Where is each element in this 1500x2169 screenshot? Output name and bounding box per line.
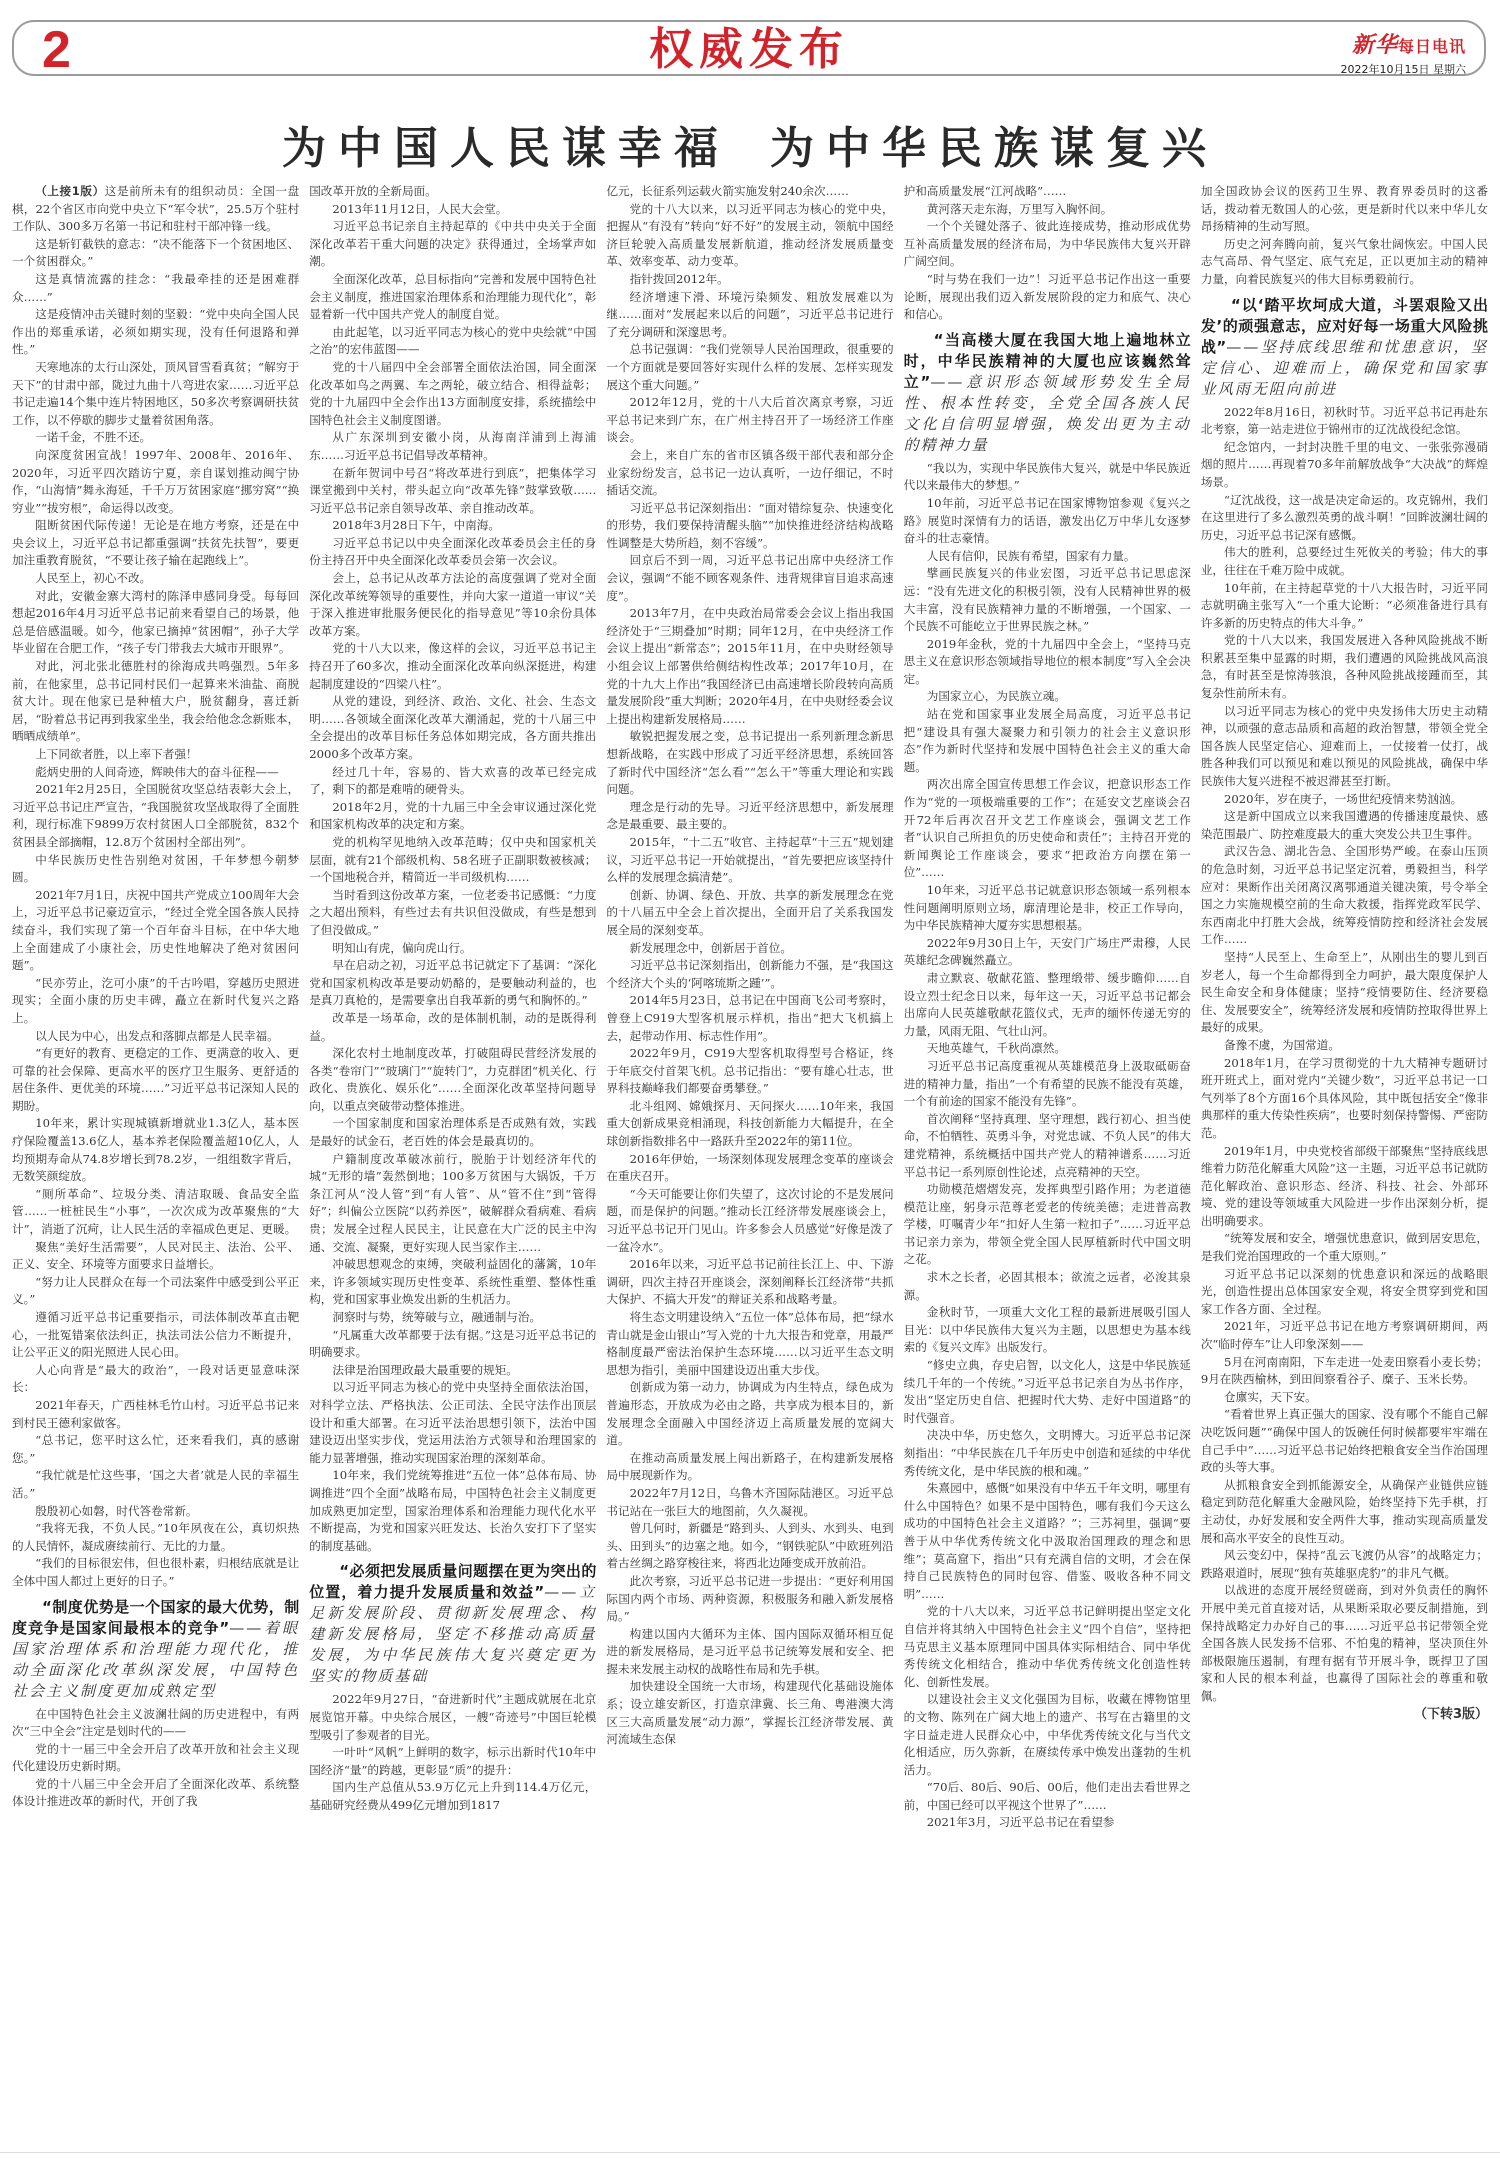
article-paragraph: 风云变幻中，保持“乱云飞渡仍从容”的战略定力；跌路艰道时，展现“独有英雄驱虎豹”… [1201,1547,1488,1582]
paragraph-text: 2019年1月，中央党校省部级干部聚焦“坚持底线思维着力防范化解重大风险”这一主… [1201,1144,1488,1228]
article-paragraph: 2022年8月16日，初秋时节。习近平总书记再赴东北考察，第一站走进位于锦州市的… [1201,404,1488,439]
article-paragraph: 习近平总书记亲自主持起草的《中共中央关于全面深化改革若干重大问题的决定》获得通过… [309,218,596,271]
article-paragraph: “我们的目标很宏伟，但也很朴素，归根结底就是让全体中国人都过上更好的日子。” [12,1555,299,1590]
article-column-4: 护和高质量发展“江河战略”……黄河落天走东海，万里写入胸怀间。一个个关键处落子、… [904,183,1191,2128]
article-paragraph: 阻断贫困代际传递！无论是在地方考察，还是在中央会议上，习近平总书记都重强调“扶贫… [12,517,299,570]
paragraph-text: 会上，来自广东的省市区镇各级干部代表和部分企业家纷纷发言，总书记一边认真听，一边… [606,448,893,497]
paragraph-text: 阻断贫困代际传递！无论是在地方考察，还是在中央会议上，习近平总书记都重强调“扶贫… [12,518,299,567]
article-paragraph: 为国家立心，为民族立魂。 [904,688,1191,706]
article-paragraph: 习近平总书记以深刻的忧患意识和深远的战略眼光，创造性提出总体国家安全观，将安全贯… [1201,1266,1488,1319]
paragraph-text: 会上，总书记从改革方法论的高度强调了党对全面深化改革统筹领导的重要性，并向大家一… [309,571,596,638]
brand-sub: 每日电讯 [1398,37,1466,56]
paragraph-text: 2018年3月28日下午，中南海。 [332,518,500,532]
brand-main: 新华 [1352,32,1398,58]
article-paragraph: 站在党和国家事业发展全局高度，习近平总书记把“建设具有强大凝聚力和引领力的社会主… [904,706,1191,776]
article-paragraph: 创新成为第一动力，协调成为内生特点，绿色成为普遍形态，开放成为必由之路，共享成为… [606,1379,893,1449]
article-paragraph: “时与势在我们一边”！习近平总书记作出这一重要论断，展现出我们迈入新发展阶段的定… [904,271,1191,324]
article-paragraph: 坚持“人民至上、生命至上”，从刚出生的婴儿到百岁老人，每一个生命都得到全力呵护，… [1201,949,1488,1037]
paragraph-text: “我们的目标很宏伟，但也很朴素，归根结底就是让全体中国人都过上更好的日子。” [12,1556,299,1588]
article-paragraph: “民亦劳止，汔可小康”的千古吟唱，穿越历史照进现实；全面小康的历史丰碑，矗立在新… [12,975,299,1028]
article-paragraph: 法律是治国理政最大最重要的规矩。 [309,1362,596,1380]
paragraph-text: “有更好的教育、更稳定的工作、更满意的收入、更可靠的社会保障、更高水平的医疗卫生… [12,1046,299,1113]
article-paragraph: 历史之河奔腾向前，复兴气象壮阔恢宏。中国人民志气高昂、骨气坚定、底气充足，正以更… [1201,236,1488,289]
paragraph-text: 对此，河北张北德胜村的徐海成共鸣强烈。5年多前，在他家里，总书记同村民们一起算来… [12,659,299,743]
paragraph-text: 党的十八大以来，像这样的会议，习近平总书记主持召开了60多次，推动全面深化改革向… [309,641,596,690]
article-paragraph: 2022年7月12日，乌鲁木齐国际陆港区。习近平总书记站在一张巨大的地图前，久久… [606,1485,893,1520]
paragraph-text: “努力让人民群众在每一个司法案件中感受到公平正义。” [12,1275,299,1307]
article-paragraph: 2015年，“十二五”收官、主持起草“十三五”规划建议，习近平总书记一开始就提出… [606,834,893,887]
paragraph-text: 明知山有虎，偏向虎山行。 [332,941,471,955]
paragraph-text: 2019年金秋，党的十九届四中全会上，“坚持马克思主义在意识形态领域指导地位的根… [904,637,1191,686]
paragraph-text: 擘画民族复兴的伟业宏图，习近平总书记思虑深远：“没有先进文化的积极引领，没有人民… [904,566,1191,633]
paragraph-text: 2022年7月12日，乌鲁木齐国际陆港区。习近平总书记站在一张巨大的地图前，久久… [606,1486,893,1518]
article-paragraph: 中华民族历史性告别绝对贫困，千年梦想今朝梦圆。 [12,852,299,887]
paragraph-text: 向深度贫困宣战！1997年、2008年、2016年、2020年，习近平四次踏访宁… [12,448,299,515]
paragraph-text: 从广东深圳到安徽小岗，从海南洋浦到上海浦东……习近平总书记倡导改革精神。 [309,430,596,462]
paragraph-text: 国改革开放的全新局面。 [309,184,437,198]
paragraph-text: 仓廪实，天下安。 [1224,1390,1317,1404]
article-columns: （上接1版）这是前所未有的组织动员：全国一盘棋，22个省区市向党中央立下“军令状… [12,183,1488,2128]
paragraph-text: 10年来，习近平总书记就意识形态领域一系列根本性问题阐明原则立场，廓清理论是非，… [904,883,1191,932]
article-paragraph: 党的十八大以来，像这样的会议，习近平总书记主持召开了60多次，推动全面深化改革向… [309,640,596,693]
paragraph-text: 户籍制度改革破冰前行，脱胎于计划经济年代的城“无形的墙”轰然倒地；100多万贫困… [309,1152,596,1254]
paragraph-text: 以建设社会主义文化强国为目标，收藏在博物馆里的文物、陈列在广阔大地上的遗产、书写… [904,1692,1191,1776]
article-paragraph: 党的十八届四中全会部署全面依法治国，同全面深化改革如鸟之两翼、车之两轮，破立结合… [309,359,596,429]
section-subheading: “制度优势是一个国家的最大优势，制度竞争是国家间最根本的竞争”——着眼国家治理体… [12,1597,299,1702]
article-paragraph: 向深度贫困宣战！1997年、2008年、2016年、2020年，习近平四次踏访宁… [12,447,299,517]
article-paragraph: 纪念馆内，一封封决胜千里的电文、一张张弥漫硝烟的照片……再现着70多年前解放战争… [1201,439,1488,492]
paragraph-text: 功勋模范熠熠发亮，发挥典型引路作用；为老道德模范让座，躬身示范尊老爱老的传统美德… [904,1182,1191,1266]
paragraph-text: 历史之河奔腾向前，复兴气象壮阔恢宏。中国人民志气高昂、骨气坚定、底气充足，正以更… [1201,237,1488,286]
paragraph-text: 习近平总书记深刻指出，创新能力不强，是“我国这个经济大个头的‘阿喀琉斯之踵’”。 [606,958,893,990]
paragraph-text: 习近平总书记以中央全面深化改革委员会主任的身份主持召开中央全面深化改革委员会第一… [309,536,596,568]
article-paragraph: 人民有信仰，民族有希望，国家有力量。 [904,548,1191,566]
article-paragraph: 洞察时与势，统筹破与立，融通制与治。 [309,1309,596,1327]
article-paragraph: 2022年9月，C919大型客机取得型号合格证，终于年底交付首架飞机。总书记指出… [606,1045,893,1098]
paragraph-text: 习近平总书记高度重视从英雄模范身上汲取砥砺奋进的精神力量，指出“一个有希望的民族… [904,1059,1191,1108]
paragraph-text: 2021年3月，习近平总书记在看望参 [927,1815,1115,1829]
paragraph-text: 在中国特色社会主义波澜壮阔的历史进程中，有两次“三中全会”注定是划时代的—— [12,1707,299,1739]
article-paragraph: 经济增速下滑、环境污染频发、粗放发展难以为继……面对“发展起来以后的问题”，习近… [606,289,893,342]
article-paragraph: 这是疫情冲击关键时刻的坚毅：“党中央向全国人民作出的郑重承诺，必须如期实现，没有… [12,306,299,359]
paragraph-text: 一诺千金，不胜不还。 [35,430,151,444]
paragraph-text: 党的十八大以来，习近平总书记鲜明提出坚定文化自信并将其纳入中国特色社会主义“四个… [904,1604,1191,1688]
paragraph-text: 人民有信仰，民族有希望，国家有力量。 [927,549,1136,563]
article-paragraph: 加全国政协会议的医药卫生界、教育界委员时的这番话，拨动着无数国人的心弦，更是新时… [1201,183,1488,236]
article-paragraph: 2021年，习近平总书记在地方考察调研期间，两次“临时停车”让人印象深刻—— [1201,1318,1488,1353]
paragraph-text: “看着世界上真正强大的国家、没有哪个不能自己解决吃饭问题”“确保中国人的饭碗任何… [1201,1407,1488,1474]
paragraph-text: 一个国家制度和国家治理体系是否成熟有效，实践是最好的试金石，老百姓的体会是最真切… [309,1116,596,1148]
paragraph-text: 从党的建设，到经济、政治、文化、社会、生态文明……各领域全面深化改革大潮涌起，党… [309,694,596,761]
article-paragraph: 冲破思想观念的束缚，突破利益固化的藩篱，10年来，许多领域实现历史性变革、系统性… [309,1256,596,1309]
paragraph-text: 10年前，在主持起草党的十八大报告时，习近平同志就明确主张写入“一个重大论断：“… [1201,581,1488,630]
article-paragraph: “我以为，实现中华民族伟大复兴，就是中华民族近代以来最伟大的梦想。” [904,460,1191,495]
article-paragraph: 经过几十年，容易的、皆大欢喜的改革已经完成了，剩下的都是难啃的硬骨头。 [309,764,596,799]
paragraph-text: 金秋时节，一项重大文化工程的最新进展吸引国人目光：以中华民族伟大复兴为主题，以思… [904,1305,1191,1354]
article-paragraph: 10年来，习近平总书记就意识形态领域一系列根本性问题阐明原则立场，廓清理论是非，… [904,882,1191,935]
paragraph-text: 改革是一场革命，改的是体制机制，动的是既得利益。 [309,1011,596,1043]
paragraph-text: “我以为，实现中华民族伟大复兴，就是中华民族近代以来最伟大的梦想。” [904,461,1191,493]
article-paragraph: 以习近平同志为核心的党中央发扬伟大历史主动精神，以顽强的意志品质和高超的政治智慧… [1201,703,1488,791]
article-paragraph: 党的机构罕见地纳入改革范畴；仅中央和国家机关层面，就有21个部级机构、58名班子… [309,834,596,887]
article-paragraph: 早在启动之初，习近平总书记就定下了基调：“深化党和国家机构改革是要动奶酪的，是要… [309,957,596,1010]
article-paragraph: 彪炳史册的人间奇迹，辉映伟大的奋斗征程—— [12,764,299,782]
paragraph-text: 党的机构罕见地纳入改革范畴；仅中央和国家机关层面，就有21个部级机构、58名班子… [309,835,596,884]
paragraph-text: 一叶叶“风帆”上鲜明的数字，标示出新时代10年中国经济“量”的跨越，更彰显“质”… [309,1745,596,1777]
paragraph-text: 以人民为中心，出发点和落脚点都是人民幸福。 [35,1029,278,1043]
paragraph-text: “我忙就是忙这些事，‘国之大者’就是人民的幸福生活。” [12,1468,299,1500]
article-paragraph: 改革是一场革命，改的是体制机制，动的是既得利益。 [309,1010,596,1045]
article-paragraph: 以战进的态度开展经贸磋商，到对外负责任的胸怀开展中美元首直接对话，从果断采取必要… [1201,1582,1488,1705]
paragraph-text: 加快建设全国统一大市场，构建现代化基础设施体系；设立雄安新区，打造京津冀、长三角… [606,1679,893,1746]
section-title: 权威发布 [14,26,1484,74]
article-paragraph: 理念是行动的先导。习近平经济思想中，新发展理念是最重要、最主要的。 [606,799,893,834]
article-paragraph: 2013年11月12日，人民大会堂。 [309,201,596,219]
paragraph-text: 决决中华，历史悠久，文明博大。习近平总书记深刻指出：“中华民族在几千年历史中创造… [904,1428,1191,1477]
article-paragraph: 仓廪实，天下安。 [1201,1389,1488,1407]
article-paragraph: 一诺千金，不胜不还。 [12,429,299,447]
paragraph-text: 习近平总书记深刻指出：“面对错综复杂、快速变化的形势，我们要保持清醒头脑”“加快… [606,501,893,550]
paragraph-text: 新发展理念中，创新居于首位。 [630,941,792,955]
footer-divider [0,2152,1500,2153]
article-paragraph: 2022年9月30日上午，天安门广场庄严肃穆，人民英雄纪念碑巍然矗立。 [904,935,1191,970]
paragraph-text: 两次出席全国宣传思想工作会议，把意识形态工作作为“党的一项极端重要的工作”；在延… [904,777,1191,879]
article-paragraph: 2021年7月1日，庆祝中国共产党成立100周年大会上，习近平总书记豪迈宣示，“… [12,887,299,975]
article-paragraph: 明知山有虎，偏向虎山行。 [309,940,596,958]
paragraph-text: 人民至上，初心不改。 [35,571,151,585]
article-paragraph: 5月在河南南阳，下车走进一处麦田察看小麦长势；9月在陕西榆林，到田间察看谷子、糜… [1201,1354,1488,1389]
paragraph-text: 将生态文明建设纳入“五位一体”总体布局，把“绿水青山就是金山银山”写入党的十九大… [606,1310,893,1377]
paragraph-text: 2012年12月，党的十八大后首次离京考察，习近平总书记来到广东，在广州主持召开… [606,395,893,444]
article-paragraph: 2016年伊始，一场深刻体现发展理念变革的座谈会在重庆召开。 [606,1151,893,1186]
paragraph-text: 党的十八大以来，以习近平同志为核心的党中央，把握从“有没有”转向“好不好”的发展… [606,202,893,269]
headline-part-2: 为中华民族谋复兴 [770,123,1218,174]
paragraph-text: 对此，安徽金寨大湾村的陈泽申感同身受。每每回想起2016年4月习近平总书记前来看… [12,589,299,656]
paragraph-text: 党的十八届四中全会部署全面依法治国，同全面深化改革如鸟之两翼、车之两轮，破立结合… [309,360,596,427]
article-paragraph: 2014年5月23日，总书记在中国商飞公司考察时，曾登上C919大型客机展示样机… [606,992,893,1045]
paragraph-text: 在新年贺词中号召“将改革进行到底”，把集体学习课堂搬到中关村，带头起立向“改革先… [309,466,596,515]
article-paragraph: 2020年，岁在庚子，一场世纪疫情来势汹汹。 [1201,791,1488,809]
paragraph-text: 2016年以来，习近平总书记前往长江上、中、下游调研，四次主持召开座谈会，深刻阐… [606,1257,893,1306]
paragraph-text: 肃立默哀、敬献花篮、整理缎带、缓步瞻仰……自设立烈士纪念日以来，每年这一天，习近… [904,971,1191,1038]
article-paragraph: 10年来，我们党统筹推进“五位一体”总体布局、协调推进“四个全面”战略布局，中国… [309,1467,596,1555]
subheading-deck: ——坚持底线思维和忧患意识，坚定信心、迎难而上，确保党和国家事业风雨无阻向前进 [1201,338,1488,398]
article-column-2: 国改革开放的全新局面。2013年11月12日，人民大会堂。习近平总书记亲自主持起… [309,183,596,2128]
article-paragraph: 天寒地冻的太行山深处，顶风冒雪看真贫；“解穷于天下”的甘肃中部，陇过九曲十八弯进… [12,359,299,429]
article-paragraph: “厕所革命”、垃圾分类、清洁取暖、食品安全监管……一桩桩民生“小事”，一次次成为… [12,1186,299,1239]
newspaper-brand: 新华每日电讯 2022年10月15日 星期六 [1341,28,1467,77]
article-paragraph: 2019年金秋，党的十九届四中全会上，“坚持马克思主义在意识形态领域指导地位的根… [904,636,1191,689]
article-paragraph: 2021年2月25日，全国脱贫攻坚总结表彰大会上，习近平总书记庄严宣告，“我国脱… [12,781,299,851]
article-paragraph: 武汉告急、湖北告急、全国形势严峻。在泰山压顶的危急时刻，习近平总书记坚定沉着，勇… [1201,843,1488,949]
article-paragraph: 从广东深圳到安徽小岗，从海南洋浦到上海浦东……习近平总书记倡导改革精神。 [309,429,596,464]
article-paragraph: “我忙就是忙这些事，‘国之大者’就是人民的幸福生活。” [12,1467,299,1502]
paragraph-text: 亿元，长征系列运载火箭实施发射240余次…… [606,184,848,198]
paragraph-text: 遵循习近平总书记重要指示，司法体制改革直击靶心，一批冤错案依法纠正，执法司法公信… [12,1310,299,1359]
article-paragraph: 肃立默哀、敬献花篮、整理缎带、缓步瞻仰……自设立烈士纪念日以来，每年这一天，习近… [904,970,1191,1040]
article-paragraph: 深化农村土地制度改革，打破阻碍民营经济发展的各类“卷帘门”“玻璃门”“旋转门”，… [309,1045,596,1115]
paragraph-text: 彪炳史册的人间奇迹，辉映伟大的奋斗征程—— [35,765,278,779]
paragraph-text: 2013年7月，在中央政治局常委会会议上指出我国经济处于“三期叠加”时期；同年1… [606,606,893,726]
article-paragraph: 2021年春天，广西桂林毛竹山村。习近平总书记来到村民王德利家做客。 [12,1397,299,1432]
paragraph-text: 这是真情流露的挂念：“我最牵挂的还是困难群众……” [12,272,299,304]
paragraph-text: 加全国政协会议的医药卫生界、教育界委员时的这番话，拨动着无数国人的心弦，更是新时… [1201,184,1488,233]
article-paragraph: 党的十八大以来，我国发展进入各种风险挑战不断积累甚至集中显露的时期，我们遭遇的风… [1201,632,1488,702]
article-paragraph: 一叶叶“风帆”上鲜明的数字，标示出新时代10年中国经济“量”的跨越，更彰显“质”… [309,1744,596,1779]
paragraph-text: 2018年2月，党的十九届三中全会审议通过深化党和国家机构改革的决定和方案。 [309,800,596,832]
paragraph-text: 武汉告急、湖北告急、全国形势严峻。在泰山压顶的危急时刻，习近平总书记坚定沉着，勇… [1201,844,1488,946]
section-subheading: “必须把发展质量问题摆在更为突出的位置，着力提升发展质量和效益”——立足新发展阶… [309,1561,596,1687]
article-paragraph: 由此起笔，以习近平同志为核心的党中央绘就“中国之治”的宏伟蓝图—— [309,324,596,359]
article-paragraph: “凡属重大改革都要于法有据。”这是习近平总书记的明确要求。 [309,1327,596,1362]
article-paragraph: 一个国家制度和国家治理体系是否成熟有效，实践是最好的试金石，老百姓的体会是最真切… [309,1115,596,1150]
article-paragraph: 这是真情流露的挂念：“我最牵挂的还是困难群众……” [12,271,299,306]
article-paragraph: 习近平总书记深刻指出，创新能力不强，是“我国这个经济大个头的‘阿喀琉斯之踵’”。 [606,957,893,992]
section-subheading: “以‘踏平坎坷成大道，斗罢艰险又出发’的顽强意志，应对好每一场重大风险挑战”——… [1201,295,1488,400]
paragraph-text: 全面深化改革，总目标指向“完善和发展中国特色社会主义制度，推进国家治理体系和治理… [309,272,596,321]
article-paragraph: 聚焦“美好生活需要”，人民对民主、法治、公平、正义、安全、环境等方面要求日益增长… [12,1239,299,1274]
article-paragraph: 全面深化改革，总目标指向“完善和发展中国特色社会主义制度，推进国家治理体系和治理… [309,271,596,324]
paragraph-text: 10年来，我们党统筹推进“五位一体”总体布局、协调推进“四个全面”战略布局，中国… [309,1468,596,1552]
paragraph-text: 总书记强调：“我们党领导人民治国理政，很重要的一个方面就是要回答好实现什么样的发… [606,342,893,391]
paragraph-text: 创新成为第一动力，协调成为内生特点，绿色成为普遍形态，开放成为必由之路，共享成为… [606,1380,893,1447]
article-paragraph: “总书记，您平时这么忙，还来看我们，真的感谢您。” [12,1432,299,1467]
article-paragraph: 2018年3月28日下午，中南海。 [309,517,596,535]
paragraph-text: 人心向背是“最大的政治”，一段对话更显意味深长： [12,1363,299,1395]
article-paragraph: 在中国特色社会主义波澜壮阔的历史进程中，有两次“三中全会”注定是划时代的—— [12,1706,299,1741]
paragraph-text: “辽沈战役，这一战是决定命运的。攻克锦州，我们在这里进行了多么激烈英勇的战斗啊！… [1201,493,1488,542]
article-column-1: （上接1版）这是前所未有的组织动员：全国一盘棋，22个省区市向党中央立下“军令状… [12,183,299,2128]
article-paragraph: 金秋时节，一项重大文化工程的最新进展吸引国人目光：以中华民族伟大复兴为主题，以思… [904,1304,1191,1357]
paragraph-text: 备豫不虞，为国常道。 [1224,1038,1340,1052]
article-paragraph: 2018年1月，在学习贯彻党的十九大精神专题研讨班开班式上，面对党内“关键少数”… [1201,1055,1488,1143]
paragraph-text: 习近平总书记以深刻的忧患意识和深远的战略眼光，创造性提出总体国家安全观，将安全贯… [1201,1267,1488,1316]
article-paragraph: 人心向背是“最大的政治”，一段对话更显意味深长： [12,1362,299,1397]
paragraph-text: 以战进的态度开展经贸磋商，到对外负责任的胸怀开展中美元首直接对话，从果断采取必要… [1201,1583,1488,1703]
paragraph-text: 敏锐把握发展之变，总书记提出一系列新理念新思想新战略，在实践中形成了习近平经济思… [606,729,893,796]
paragraph-text: “70后、80后、90后、00后，他们走出去看世界之前，中国已经可以平视这个世界… [904,1780,1191,1812]
paragraph-text: 2015年，“十二五”收官、主持起草“十三五”规划建议，习近平总书记一开始就提出… [606,835,893,884]
article-paragraph: 在推动高质量发展上闯出新路子，在构建新发展格局中展现新作为。 [606,1450,893,1485]
article-paragraph: （上接1版）这是前所未有的组织动员：全国一盘棋，22个省区市向党中央立下“军令状… [12,183,299,236]
paragraph-text: 5月在河南南阳，下车走进一处麦田察看小麦长势；9月在陕西榆林，到田间察看谷子、糜… [1201,1355,1488,1387]
paragraph-text: 2022年9月30日上午，天安门广场庄严肃穆，人民英雄纪念碑巍然矗立。 [904,936,1191,968]
article-paragraph: 在新年贺词中号召“将改革进行到底”，把集体学习课堂搬到中关村，带头起立向“改革先… [309,465,596,518]
paragraph-text: 经济增速下滑、环境污染频发、粗放发展难以为继……面对“发展起来以后的问题”，习近… [606,290,893,339]
paragraph-text: 伟大的胜利，总要经过生死攸关的考验；伟大的事业，往往在千难万险中成就。 [1201,545,1488,577]
paragraph-text: 天寒地冻的太行山深处，顶风冒雪看真贫；“解穷于天下”的甘肃中部，陇过九曲十八弯进… [12,360,299,427]
article-paragraph: 亿元，长征系列运载火箭实施发射240余次…… [606,183,893,201]
paragraph-text: 北斗组网、嫦娥探月、天问探火……10年来，我国重大创新成果竞相涌现，科技创新能力… [606,1099,893,1148]
article-paragraph: 会上，来自广东的省市区镇各级干部代表和部分企业家纷纷发言，总书记一边认真听，一边… [606,447,893,500]
paragraph-text: 深化农村土地制度改革，打破阻碍民营经济发展的各类“卷帘门”“玻璃门”“旋转门”，… [309,1046,596,1113]
paragraph-text: 此次考察，习近平总书记进一步提出：“更好利用国际国内两个市场、两种资源，积极服务… [606,1574,893,1623]
paragraph-text: “统筹发展和安全，增强忧患意识，做到居安思危，是我们党治国理政的一个重大原则。” [1201,1231,1488,1263]
paragraph-text: 曾几何时，新疆是“路到头、人到头、水到头、电到头、田到头”的边塞之地。如今，“钢… [606,1521,893,1570]
article-paragraph: 遵循习近平总书记重要指示，司法体制改革直击靶心，一批冤错案依法纠正，执法司法公信… [12,1309,299,1362]
paragraph-text: “厕所革命”、垃圾分类、清洁取暖、食品安全监管……一桩桩民生“小事”，一次次成为… [12,1187,299,1236]
article-paragraph: 首次阐释“坚持真理、坚守理想，践行初心、担当使命，不怕牺牲、英勇斗争，对党忠诚、… [904,1111,1191,1181]
paragraph-text: “民亦劳止，汔可小康”的千古吟唱，穿越历史照进现实；全面小康的历史丰碑，矗立在新… [12,976,299,1025]
article-paragraph: 总书记强调：“我们党领导人民治国理政，很重要的一个方面就是要回答好实现什么样的发… [606,341,893,394]
article-paragraph: 敏锐把握发展之变，总书记提出一系列新理念新思想新战略，在实践中形成了习近平经济思… [606,728,893,798]
paragraph-text: 护和高质量发展“江河战略”…… [904,184,1067,198]
paragraph-text: 聚焦“美好生活需要”，人民对民主、法治、公平、正义、安全、环境等方面要求日益增长… [12,1240,299,1272]
article-paragraph: “70后、80后、90后、00后，他们走出去看世界之前，中国已经可以平视这个世界… [904,1779,1191,1814]
paragraph-text: 朱熹园中，感慨“如果没有中华五千年文明，哪里有什么中国特色？如果不是中国特色，哪… [904,1481,1191,1601]
article-paragraph: 朱熹园中，感慨“如果没有中华五千年文明，哪里有什么中国特色？如果不是中国特色，哪… [904,1480,1191,1603]
article-paragraph: 以建设社会主义文化强国为目标，收藏在博物馆里的文物、陈列在广阔大地上的遗产、书写… [904,1691,1191,1779]
paragraph-text: “凡属重大改革都要于法有据。”这是习近平总书记的明确要求。 [309,1328,596,1360]
article-paragraph: 党的十八大以来，习近平总书记鲜明提出坚定文化自信并将其纳入中国特色社会主义“四个… [904,1603,1191,1691]
paragraph-text: 坚持“人民至上、生命至上”，从刚出生的婴儿到百岁老人，每一个生命都得到全力呵护，… [1201,950,1488,1034]
article-paragraph: 求木之长者，必固其根本；欲流之远者，必浚其泉源。 [904,1269,1191,1304]
article-paragraph: “我将无我，不负人民。”10年夙夜在公，真切炽热的人民情怀，凝成赓续前行、无比的… [12,1520,299,1555]
paragraph-text: 法律是治国理政最大最重要的规矩。 [332,1363,518,1377]
article-column-3: 亿元，长征系列运载火箭实施发射240余次……党的十八大以来，以习近平同志为核心的… [606,183,893,2128]
issue-date: 2022年10月15日 星期六 [1341,61,1467,77]
article-paragraph: 2012年12月，党的十八大后首次离京考察，习近平总书记来到广东，在广州主持召开… [606,394,893,447]
article-paragraph: 以习近平同志为核心的党中央坚持全面依法治国，对科学立法、严格执法、公正司法、全民… [309,1379,596,1467]
article-paragraph: 这是新中国成立以来我国遭遇的传播速度最快、感染范围最广、防控难度最大的重大突发公… [1201,808,1488,843]
article-paragraph: 习近平总书记高度重视从英雄模范身上汲取砥砺奋进的精神力量，指出“一个有希望的民族… [904,1058,1191,1111]
article-paragraph: 两次出席全国宣传思想工作会议，把意识形态工作作为“党的一项极端重要的工作”；在延… [904,776,1191,882]
paragraph-text: 党的十八大以来，我国发展进入各种风险挑战不断积累甚至集中显露的时期，我们遭遇的风… [1201,633,1488,700]
paragraph-text: 从抓粮食安全到抓能源安全，从确保产业链供应链稳定到防范化解重大金融风险，始终坚持… [1201,1478,1488,1545]
article-paragraph: 党的十一届三中全会开启了改革开放和社会主义现代化建设历史新时期。 [12,1741,299,1776]
paragraph-text: 这是新中国成立以来我国遭遇的传播速度最快、感染范围最广、防控难度最大的重大突发公… [1201,809,1488,841]
article-paragraph: 习近平总书记深刻指出：“面对错综复杂、快速变化的形势，我们要保持清醒头脑”“加快… [606,500,893,553]
paragraph-text: 2021年春天，广西桂林毛竹山村。习近平总书记来到村民王德利家做客。 [12,1398,299,1430]
subheading-deck: ——意识形态领域形势发生全局性、根本性转变，全党全国各族人民文化自信明显增强，焕… [904,373,1191,454]
paragraph-text: 回京后不到一周，习近平总书记出席中央经济工作会议，强调“不能不顾客观条件、违背规… [606,553,893,602]
paragraph-text: 在推动高质量发展上闯出新路子，在构建新发展格局中展现新作为。 [606,1451,893,1483]
paragraph-text: 2022年9月27日，“奋进新时代”主题成就展在北京展览馆开幕。中央综合展区，一… [309,1692,596,1741]
article-paragraph: 2016年以来，习近平总书记前往长江上、中、下游调研，四次主持召开座谈会，深刻阐… [606,1256,893,1309]
article-paragraph: 10年来，累计实现城镇新增就业1.3亿人，基本医疗保险覆盖13.6亿人，基本养老… [12,1115,299,1185]
paragraph-text: 首次阐释“坚持真理、坚守理想，践行初心、担当使命，不怕牺牲、英勇斗争，对党忠诚、… [904,1112,1191,1179]
article-paragraph: 此次考察，习近平总书记进一步提出：“更好利用国际国内两个市场、两种资源，积极服务… [606,1573,893,1626]
article-paragraph: 当时看到这份改革方案，一位老委书记感慨：“力度之大超出预料，有些过去有共识但没做… [309,887,596,940]
article-paragraph: 国改革开放的全新局面。 [309,183,596,201]
article-paragraph: 2019年1月，中央党校省部级干部聚焦“坚持底线思维着力防范化解重大风险”这一主… [1201,1143,1488,1231]
article-paragraph: “辽沈战役，这一战是决定命运的。攻克锦州，我们在这里进行了多么激烈英勇的战斗啊！… [1201,492,1488,545]
paragraph-text: 10年前，习近平总书记在国家博物馆参观《复兴之路》展览时深情有力的话语，激发出亿… [904,496,1191,545]
article-paragraph: “今天可能要让你们失望了，这次讨论的不是发展问题，而是保护的问题。”推动长江经济… [606,1186,893,1256]
continued-on-page-3: （下转3版） [1414,1706,1488,1724]
article-paragraph: 党的十八届三中全会开启了全面深化改革、系统整体设计推进改革的新时代，开创了我 [12,1776,299,1811]
article-paragraph: 备豫不虞，为国常道。 [1201,1037,1488,1055]
article-paragraph: 10年前，在主持起草党的十八大报告时，习近平同志就明确主张写入“一个重大论断：“… [1201,580,1488,633]
article-paragraph: 伟大的胜利，总要经过生死攸关的考验；伟大的事业，往往在千难万险中成就。 [1201,544,1488,579]
paragraph-text: 求木之长者，必固其根本；欲流之远者，必浚其泉源。 [904,1270,1191,1302]
paragraph-text: 早在启动之初，习近平总书记就定下了基调：“深化党和国家机构改革是要动奶酪的，是要… [309,958,596,1007]
article-paragraph: 10年前，习近平总书记在国家博物馆参观《复兴之路》展览时深情有力的话语，激发出亿… [904,495,1191,548]
article-paragraph: 国内生产总值从53.9万亿元上升到114.4万亿元，基础研究经费从499亿元增加… [309,1779,596,1814]
article-paragraph: “有更好的教育、更稳定的工作、更满意的收入、更可靠的社会保障、更高水平的医疗卫生… [12,1045,299,1115]
article-paragraph: 构建以国内大循环为主体、国内国际双循环相互促进的新发展格局，是习近平总书记统筹发… [606,1626,893,1679]
article-paragraph: 黄河落天走东海，万里写入胸怀间。 [904,201,1191,219]
paragraph-text: “总书记，您平时这么忙，还来看我们，真的感谢您。” [12,1433,299,1465]
article-paragraph: 人民至上，初心不改。 [12,570,299,588]
article-paragraph: “看着世界上真正强大的国家、没有哪个不能自己解决吃饭问题”“确保中国人的饭碗任何… [1201,1406,1488,1476]
paragraph-text: 经过几十年，容易的、皆大欢喜的改革已经完成了，剩下的都是难啃的硬骨头。 [309,765,596,797]
article-paragraph: “修史立典，存史启智，以文化人，这是中华民族延续几千年的一个传统。”习近平总书记… [904,1357,1191,1427]
paragraph-text: 2016年伊始，一场深刻体现发展理念变革的座谈会在重庆召开。 [606,1152,893,1184]
paragraph-text: 党的十八届三中全会开启了全面深化改革、系统整体设计推进改革的新时代，开创了我 [12,1777,299,1809]
paragraph-text: 党的十一届三中全会开启了改革开放和社会主义现代化建设历史新时期。 [12,1742,299,1774]
article-paragraph: 北斗组网、嫦娥探月、天问探火……10年来，我国重大创新成果竞相涌现，科技创新能力… [606,1098,893,1151]
article-column-5: 加全国政协会议的医药卫生界、教育界委员时的这番话，拨动着无数国人的心弦，更是新时… [1201,183,1488,2128]
paragraph-text: 一个个关键处落子、彼此连接成势，推动形成优势互补高质量发展的经济布局，为中华民族… [904,219,1191,268]
article-paragraph: 会上，总书记从改革方法论的高度强调了党对全面深化改革统筹领导的重要性，并向大家一… [309,570,596,640]
article-paragraph: 曾几何时，新疆是“路到头、人到头、水到头、电到头、田到头”的边塞之地。如今，“钢… [606,1520,893,1573]
article-paragraph: 2021年3月，习近平总书记在看望参 [904,1814,1191,1832]
article-paragraph: 回京后不到一周，习近平总书记出席中央经济工作会议，强调“不能不顾客观条件、违背规… [606,552,893,605]
paragraph-text: 当时看到这份改革方案，一位老委书记感慨：“力度之大超出预料，有些过去有共识但没做… [309,888,596,937]
article-paragraph: 对此，安徽金寨大湾村的陈泽申感同身受。每每回想起2016年4月习近平总书记前来看… [12,588,299,658]
paragraph-text: 以习近平同志为核心的党中央坚持全面依法治国，对科学立法、严格执法、公正司法、全民… [309,1380,596,1464]
article-paragraph: 对此，河北张北德胜村的徐海成共鸣强烈。5年多前，在他家里，总书记同村民们一起算来… [12,658,299,746]
article-paragraph: 2013年7月，在中央政治局常委会会议上指出我国经济处于“三期叠加”时期；同年1… [606,605,893,728]
paragraph-text: 2021年7月1日，庆祝中国共产党成立100周年大会上，习近平总书记豪迈宣示，“… [12,888,299,972]
paragraph-text: 2014年5月23日，总书记在中国商飞公司考察时，曾登上C919大型客机展示样机… [606,993,893,1042]
paragraph-text: 2021年，习近平总书记在地方考察调研期间，两次“临时停车”让人印象深刻—— [1201,1319,1488,1351]
paragraph-text: 2018年1月，在学习贯彻党的十九大精神专题研讨班开班式上，面对党内“关键少数”… [1201,1056,1488,1140]
paragraph-text: 构建以国内大循环为主体、国内国际双循环相互促进的新发展格局，是习近平总书记统筹发… [606,1627,893,1676]
paragraph-text: 由此起笔，以习近平同志为核心的党中央绘就“中国之治”的宏伟蓝图—— [309,325,596,357]
article-paragraph: 这是斩钉截铁的意志：“决不能落下一个贫困地区、一个贫困群众。” [12,236,299,271]
article-paragraph: 护和高质量发展“江河战略”…… [904,183,1191,201]
article-paragraph: 新发展理念中，创新居于首位。 [606,940,893,958]
paragraph-text: 习近平总书记亲自主持起草的《中共中央关于全面深化改革若干重大问题的决定》获得通过… [309,219,596,268]
article-paragraph: 殷殷初心如磐，时代答卷常新。 [12,1503,299,1521]
paragraph-text: 冲破思想观念的束缚，突破利益固化的藩篱，10年来，许多领域实现历史性变革、系统性… [309,1257,596,1306]
paragraph-text: 2021年2月25日，全国脱贫攻坚总结表彰大会上，习近平总书记庄严宣告，“我国脱… [12,782,299,849]
paragraph-text: 2022年9月，C919大型客机取得型号合格证，终于年底交付首架飞机。总书记指出… [606,1046,893,1095]
paragraph-text: 为国家立心，为民族立魂。 [927,689,1066,703]
masthead: 2 权威发布 新华每日电讯 2022年10月15日 星期六 [12,20,1486,76]
article-paragraph: 决决中华，历史悠久，文明博大。习近平总书记深刻指出：“中华民族在几千年历史中创造… [904,1427,1191,1480]
article-paragraph: 从抓粮食安全到抓能源安全，从确保产业链供应链稳定到防范化解重大金融风险，始终坚持… [1201,1477,1488,1547]
article-paragraph: 指针拨回2012年。 [606,271,893,289]
article-paragraph: 创新、协调、绿色、开放、共享的新发展理念在党的十八届五中全会上首次提出，全面开启… [606,887,893,940]
paragraph-text: 创新、协调、绿色、开放、共享的新发展理念在党的十八届五中全会上首次提出，全面开启… [606,888,893,937]
paragraph-text: “修史立典，存史启智，以文化人，这是中华民族延续几千年的一个传统。”习近平总书记… [904,1358,1191,1425]
brand-logo: 新华每日电讯 [1341,28,1467,59]
paragraph-text: “今天可能要让你们失望了，这次讨论的不是发展问题，而是保护的问题。”推动长江经济… [606,1187,893,1254]
article-paragraph: 以人民为中心，出发点和落脚点都是人民幸福。 [12,1028,299,1046]
article-paragraph: 党的十八大以来，以习近平同志为核心的党中央，把握从“有没有”转向“好不好”的发展… [606,201,893,271]
article-paragraph: “努力让人民群众在每一个司法案件中感受到公平正义。” [12,1274,299,1309]
paragraph-text: 2013年11月12日，人民大会堂。 [332,202,507,216]
paragraph-text: 指针拨回2012年。 [630,272,729,286]
article-paragraph: 2018年2月，党的十九届三中全会审议通过深化党和国家机构改革的决定和方案。 [309,799,596,834]
paragraph-text: 国内生产总值从53.9万亿元上升到114.4万亿元，基础研究经费从499亿元增加… [309,1780,596,1812]
paragraph-text: 纪念馆内，一封封决胜千里的电文、一张张弥漫硝烟的照片……再现着70多年前解放战争… [1201,440,1488,489]
article-paragraph: 天地英雄气，千秋尚凛然。 [904,1040,1191,1058]
paragraph-text: “我将无我，不负人民。”10年夙夜在公，真切炽热的人民情怀，凝成赓续前行、无比的… [12,1521,299,1553]
article-paragraph: 功勋模范熠熠发亮，发挥典型引路作用；为老道德模范让座，躬身示范尊老爱老的传统美德… [904,1181,1191,1269]
paragraph-text: 2020年，岁在庚子，一场世纪疫情来势汹汹。 [1224,792,1462,806]
paragraph-text: 10年来，累计实现城镇新增就业1.3亿人，基本医疗保险覆盖13.6亿人，基本养老… [12,1116,299,1183]
paragraph-text: 上下同欲者胜，以上率下者强！ [35,747,197,761]
article-paragraph: 从党的建设，到经济、政治、文化、社会、生态文明……各领域全面深化改革大潮涌起，党… [309,693,596,763]
paragraph-text: 理念是行动的先导。习近平经济思想中，新发展理念是最重要、最主要的。 [606,800,893,832]
article-paragraph: 上下同欲者胜，以上率下者强！ [12,746,299,764]
paragraph-text: 这是斩钉截铁的意志：“决不能落下一个贫困地区、一个贫困群众。” [12,237,299,269]
paragraph-text: 殷殷初心如磐，时代答卷常新。 [35,1504,197,1518]
